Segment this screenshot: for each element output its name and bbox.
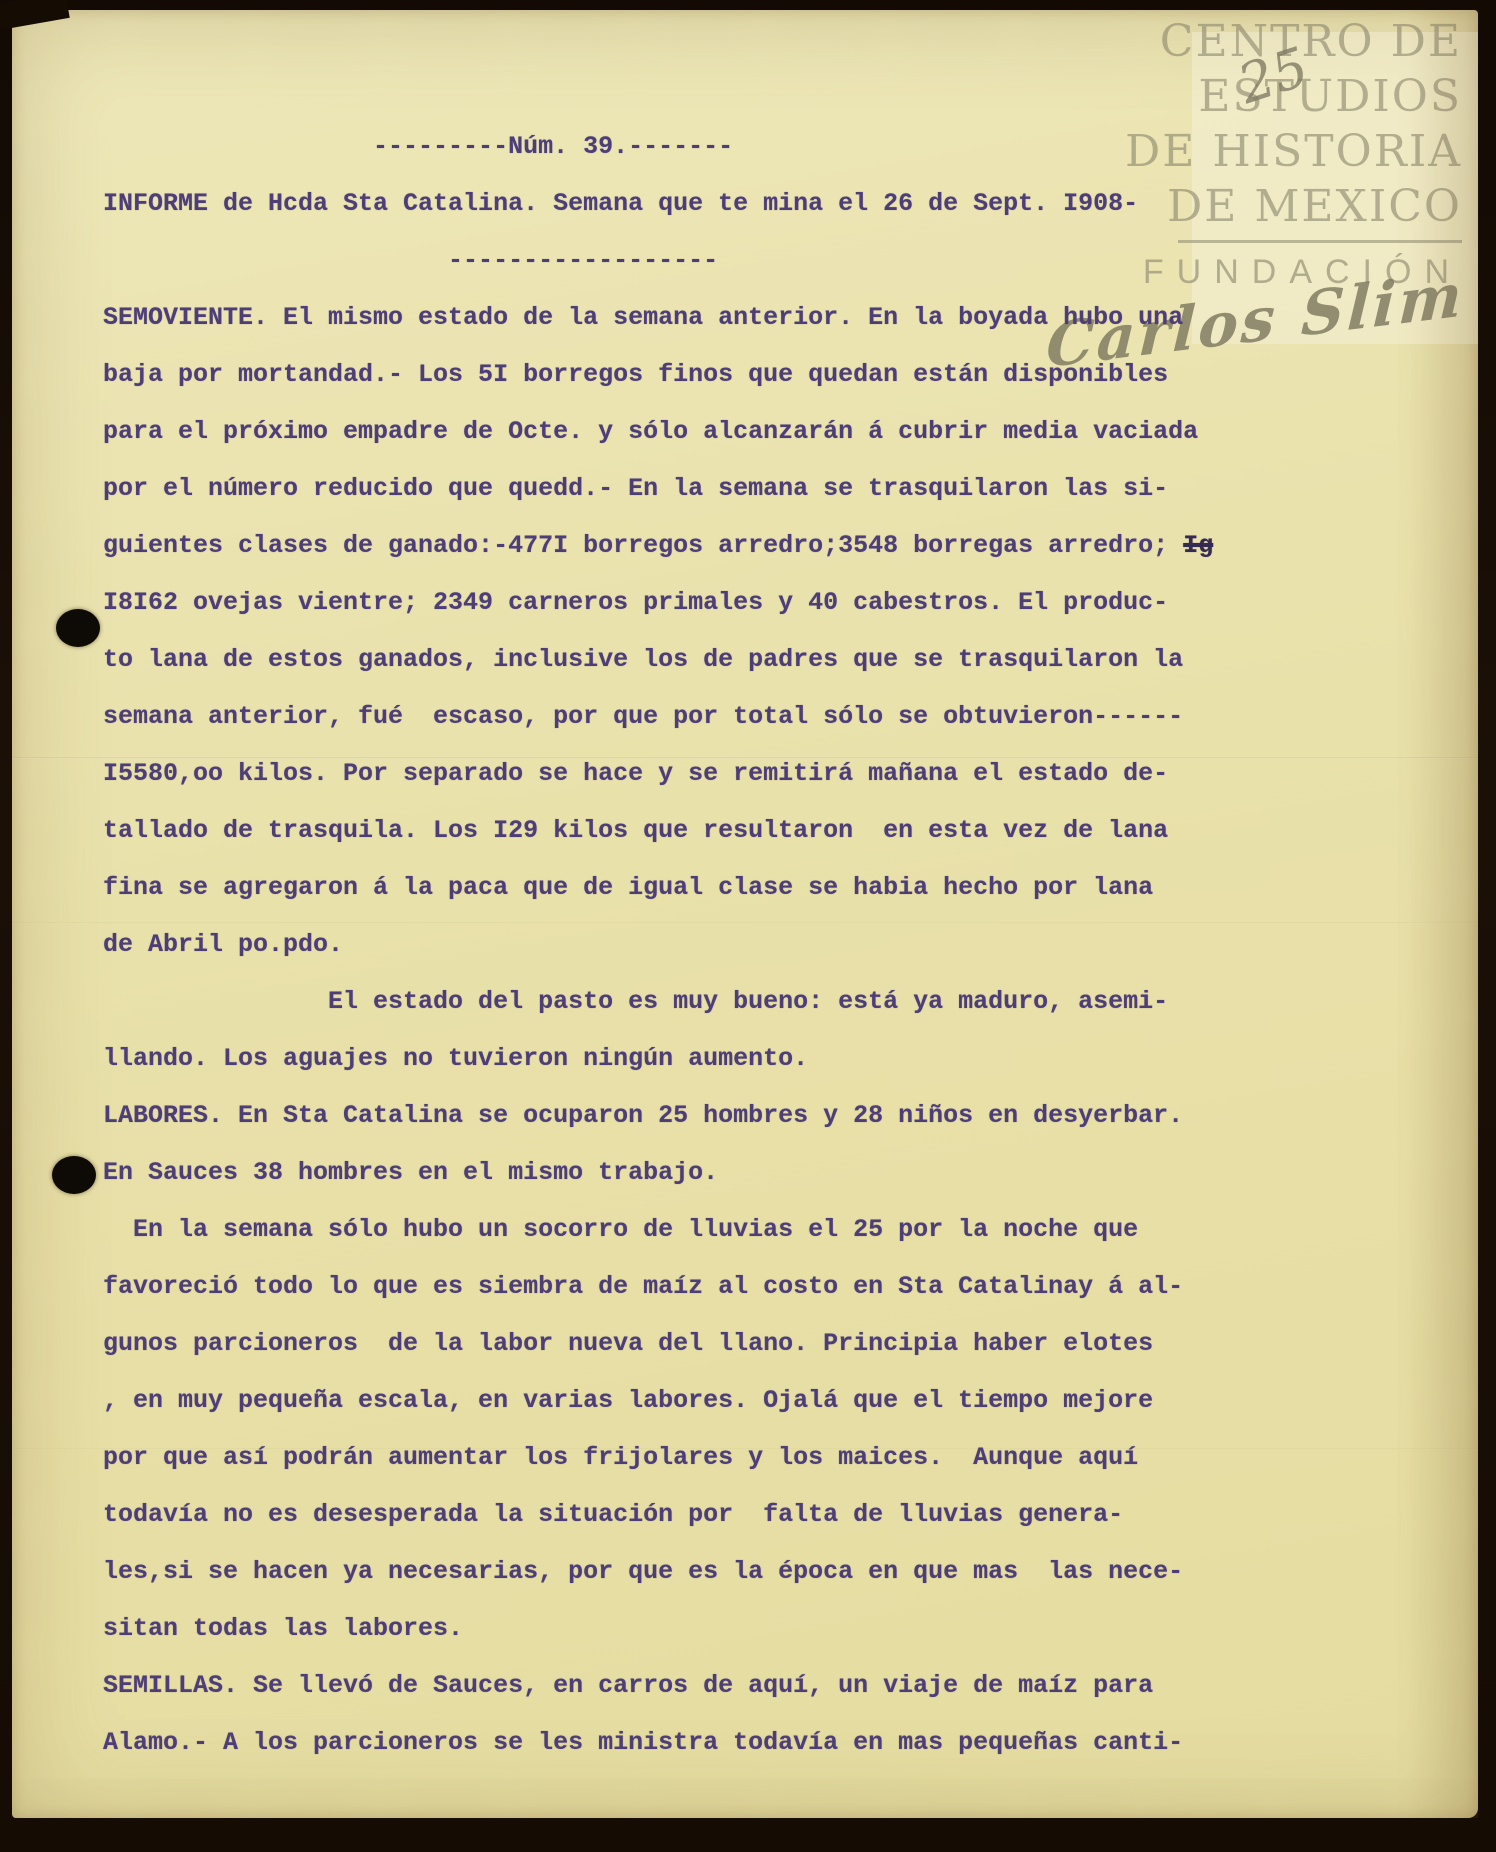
typed-line: llando. Los aguajes no tuvieron ningún a… — [103, 1030, 1403, 1087]
typed-text: por que así podrán aumentar los frijolar… — [103, 1443, 1138, 1472]
typed-text: semana anterior, fué escaso, por que por… — [103, 702, 1183, 731]
typed-body: ---------Núm. 39.-------INFORME de Hcda … — [103, 118, 1403, 1771]
typed-line: El estado del pasto es muy bueno: está y… — [103, 973, 1403, 1030]
typed-line: ------------------ — [103, 232, 1403, 289]
typed-text: llando. Los aguajes no tuvieron ningún a… — [103, 1044, 808, 1073]
typed-text: I8I62 ovejas vientre; 2349 carneros prim… — [103, 588, 1168, 617]
typed-line: para el próximo empadre de Octe. y sólo … — [103, 403, 1403, 460]
typed-line: , en muy pequeña escala, en varias labor… — [103, 1372, 1403, 1429]
typed-text: I5580,oo kilos. Por separado se hace y s… — [103, 759, 1168, 788]
typed-line: SEMOVIENTE. El mismo estado de la semana… — [103, 289, 1403, 346]
typed-line: de Abril po.pdo. — [103, 916, 1403, 973]
typed-line: tallado de trasquila. Los I29 kilos que … — [103, 802, 1403, 859]
typed-text: sitan todas las labores. — [103, 1614, 463, 1643]
typed-line: sitan todas las labores. — [103, 1600, 1403, 1657]
typed-text: todavía no es desesperada la situación p… — [103, 1500, 1123, 1529]
typed-line: INFORME de Hcda Sta Catalina. Semana que… — [103, 175, 1403, 232]
typed-text: Alamo.- A los parcioneros se les ministr… — [103, 1728, 1183, 1757]
typed-line: les,si se hacen ya necesarias, por que e… — [103, 1543, 1403, 1600]
typed-line: por el número reducido que quedd.- En la… — [103, 460, 1403, 517]
typed-text: to lana de estos ganados, inclusive los … — [103, 645, 1183, 674]
punch-hole-bottom — [52, 1156, 96, 1194]
typed-text: gunos parcioneros de la labor nueva del … — [103, 1329, 1153, 1358]
typed-line: En Sauces 38 hombres en el mismo trabajo… — [103, 1144, 1403, 1201]
typed-text: , en muy pequeña escala, en varias labor… — [103, 1386, 1153, 1415]
typed-line: to lana de estos ganados, inclusive los … — [103, 631, 1403, 688]
typed-line: todavía no es desesperada la situación p… — [103, 1486, 1403, 1543]
typed-line: En la semana sólo hubo un socorro de llu… — [103, 1201, 1403, 1258]
typed-line: I5580,oo kilos. Por separado se hace y s… — [103, 745, 1403, 802]
struck-out-text: Ig — [1183, 531, 1213, 560]
typed-text: ------------------ — [103, 246, 718, 275]
typed-line: Alamo.- A los parcioneros se les ministr… — [103, 1714, 1403, 1771]
typed-text: para el próximo empadre de Octe. y sólo … — [103, 417, 1198, 446]
typed-line: por que así podrán aumentar los frijolar… — [103, 1429, 1403, 1486]
torn-corner — [0, 0, 70, 30]
typed-text: SEMILLAS. Se llevó de Sauces, en carros … — [103, 1671, 1153, 1700]
punch-hole-top — [56, 609, 100, 647]
typed-text: baja por mortandad.- Los 5I borregos fin… — [103, 360, 1168, 389]
typed-text: En la semana sólo hubo un socorro de llu… — [103, 1215, 1138, 1244]
typed-line: baja por mortandad.- Los 5I borregos fin… — [103, 346, 1403, 403]
typed-line: LABORES. En Sta Catalina se ocuparon 25 … — [103, 1087, 1403, 1144]
typed-text: guientes clases de ganado:-477I borregos… — [103, 531, 1183, 560]
paper-sheet: CENTRO DE ESTUDIOS DE HISTORIA DE MEXICO… — [12, 10, 1478, 1818]
typed-line: ---------Núm. 39.------- — [103, 118, 1403, 175]
typed-text: ---------Núm. 39.------- — [103, 132, 733, 161]
typed-text: de Abril po.pdo. — [103, 930, 343, 959]
typed-line: guientes clases de ganado:-477I borregos… — [103, 517, 1403, 574]
typed-text: INFORME de Hcda Sta Catalina. Semana que… — [103, 189, 1138, 218]
typed-text: favoreció todo lo que es siembra de maíz… — [103, 1272, 1183, 1301]
typed-line: semana anterior, fué escaso, por que por… — [103, 688, 1403, 745]
typed-text: SEMOVIENTE. El mismo estado de la semana… — [103, 303, 1183, 332]
typed-text: fina se agregaron á la paca que de igual… — [103, 873, 1153, 902]
typed-line: I8I62 ovejas vientre; 2349 carneros prim… — [103, 574, 1403, 631]
typed-text: En Sauces 38 hombres en el mismo trabajo… — [103, 1158, 718, 1187]
typed-line: fina se agregaron á la paca que de igual… — [103, 859, 1403, 916]
scanned-document-photo: { "watermark": { "institution_lines": ["… — [0, 0, 1496, 1852]
typed-text: por el número reducido que quedd.- En la… — [103, 474, 1168, 503]
typed-text: tallado de trasquila. Los I29 kilos que … — [103, 816, 1168, 845]
typed-line: gunos parcioneros de la labor nueva del … — [103, 1315, 1403, 1372]
typed-line: SEMILLAS. Se llevó de Sauces, en carros … — [103, 1657, 1403, 1714]
typed-line: favoreció todo lo que es siembra de maíz… — [103, 1258, 1403, 1315]
typed-text: les,si se hacen ya necesarias, por que e… — [103, 1557, 1183, 1586]
typed-text: El estado del pasto es muy bueno: está y… — [103, 987, 1168, 1016]
typed-text: LABORES. En Sta Catalina se ocuparon 25 … — [103, 1101, 1183, 1130]
